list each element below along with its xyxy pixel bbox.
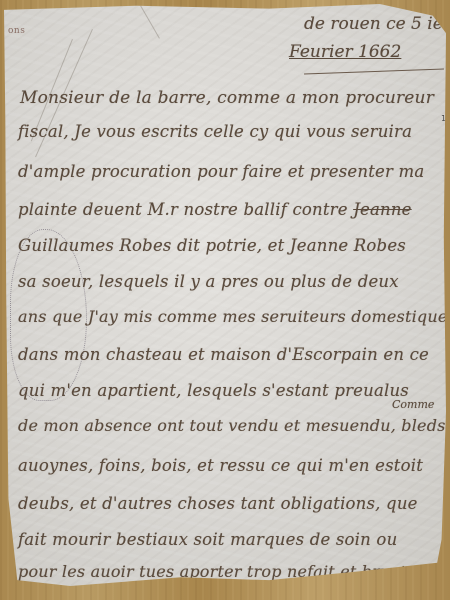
interlinear-insert: Comme — [392, 398, 434, 411]
body-line-3: d'ample procuration pour faire et presen… — [18, 162, 424, 181]
body-line-5: Guillaumes Robes dit potrie, et Jeanne R… — [18, 236, 406, 255]
body-line-2: fiscal, Je vous escrits celle cy qui vou… — [18, 122, 412, 141]
body-line-1: Monsieur de la barre, comme a mon procur… — [20, 88, 434, 108]
struck-word: Jeanne — [353, 200, 411, 219]
body-line-6: sa soeur, lesquels il y a pres ou plus d… — [18, 272, 399, 291]
body-line-7: ans que J'ay mis comme mes seruiteurs do… — [18, 307, 450, 326]
body-line-11: auoynes, foins, bois, et ressu ce qui m'… — [18, 456, 423, 475]
dateline-month-year: Feurier 1662 — [289, 42, 401, 62]
body-line-10: de mon absence ont tout vendu et mesuend… — [18, 416, 446, 435]
body-line-12: deubs, et d'autres choses tant obligatio… — [18, 494, 418, 513]
dateline-place: de rouen ce 5 ie — [304, 14, 443, 34]
body-line-9: qui m'en apartient, lesquels s'estant pr… — [18, 381, 409, 400]
manuscript-page: ons 1 de rouen ce 5 ie Feurier 1662 Mons… — [4, 4, 446, 586]
body-line-4-text: plainte deuent M.r nostre ballif contre — [18, 200, 348, 219]
body-line-8: dans mon chasteau et maison d'Escorpain … — [18, 345, 429, 364]
margin-note: ons — [8, 26, 25, 36]
body-line-4: plainte deuent M.r nostre ballif contre … — [18, 200, 412, 219]
body-line-13: fait mourir bestiaux soit marques de soi… — [18, 530, 397, 549]
